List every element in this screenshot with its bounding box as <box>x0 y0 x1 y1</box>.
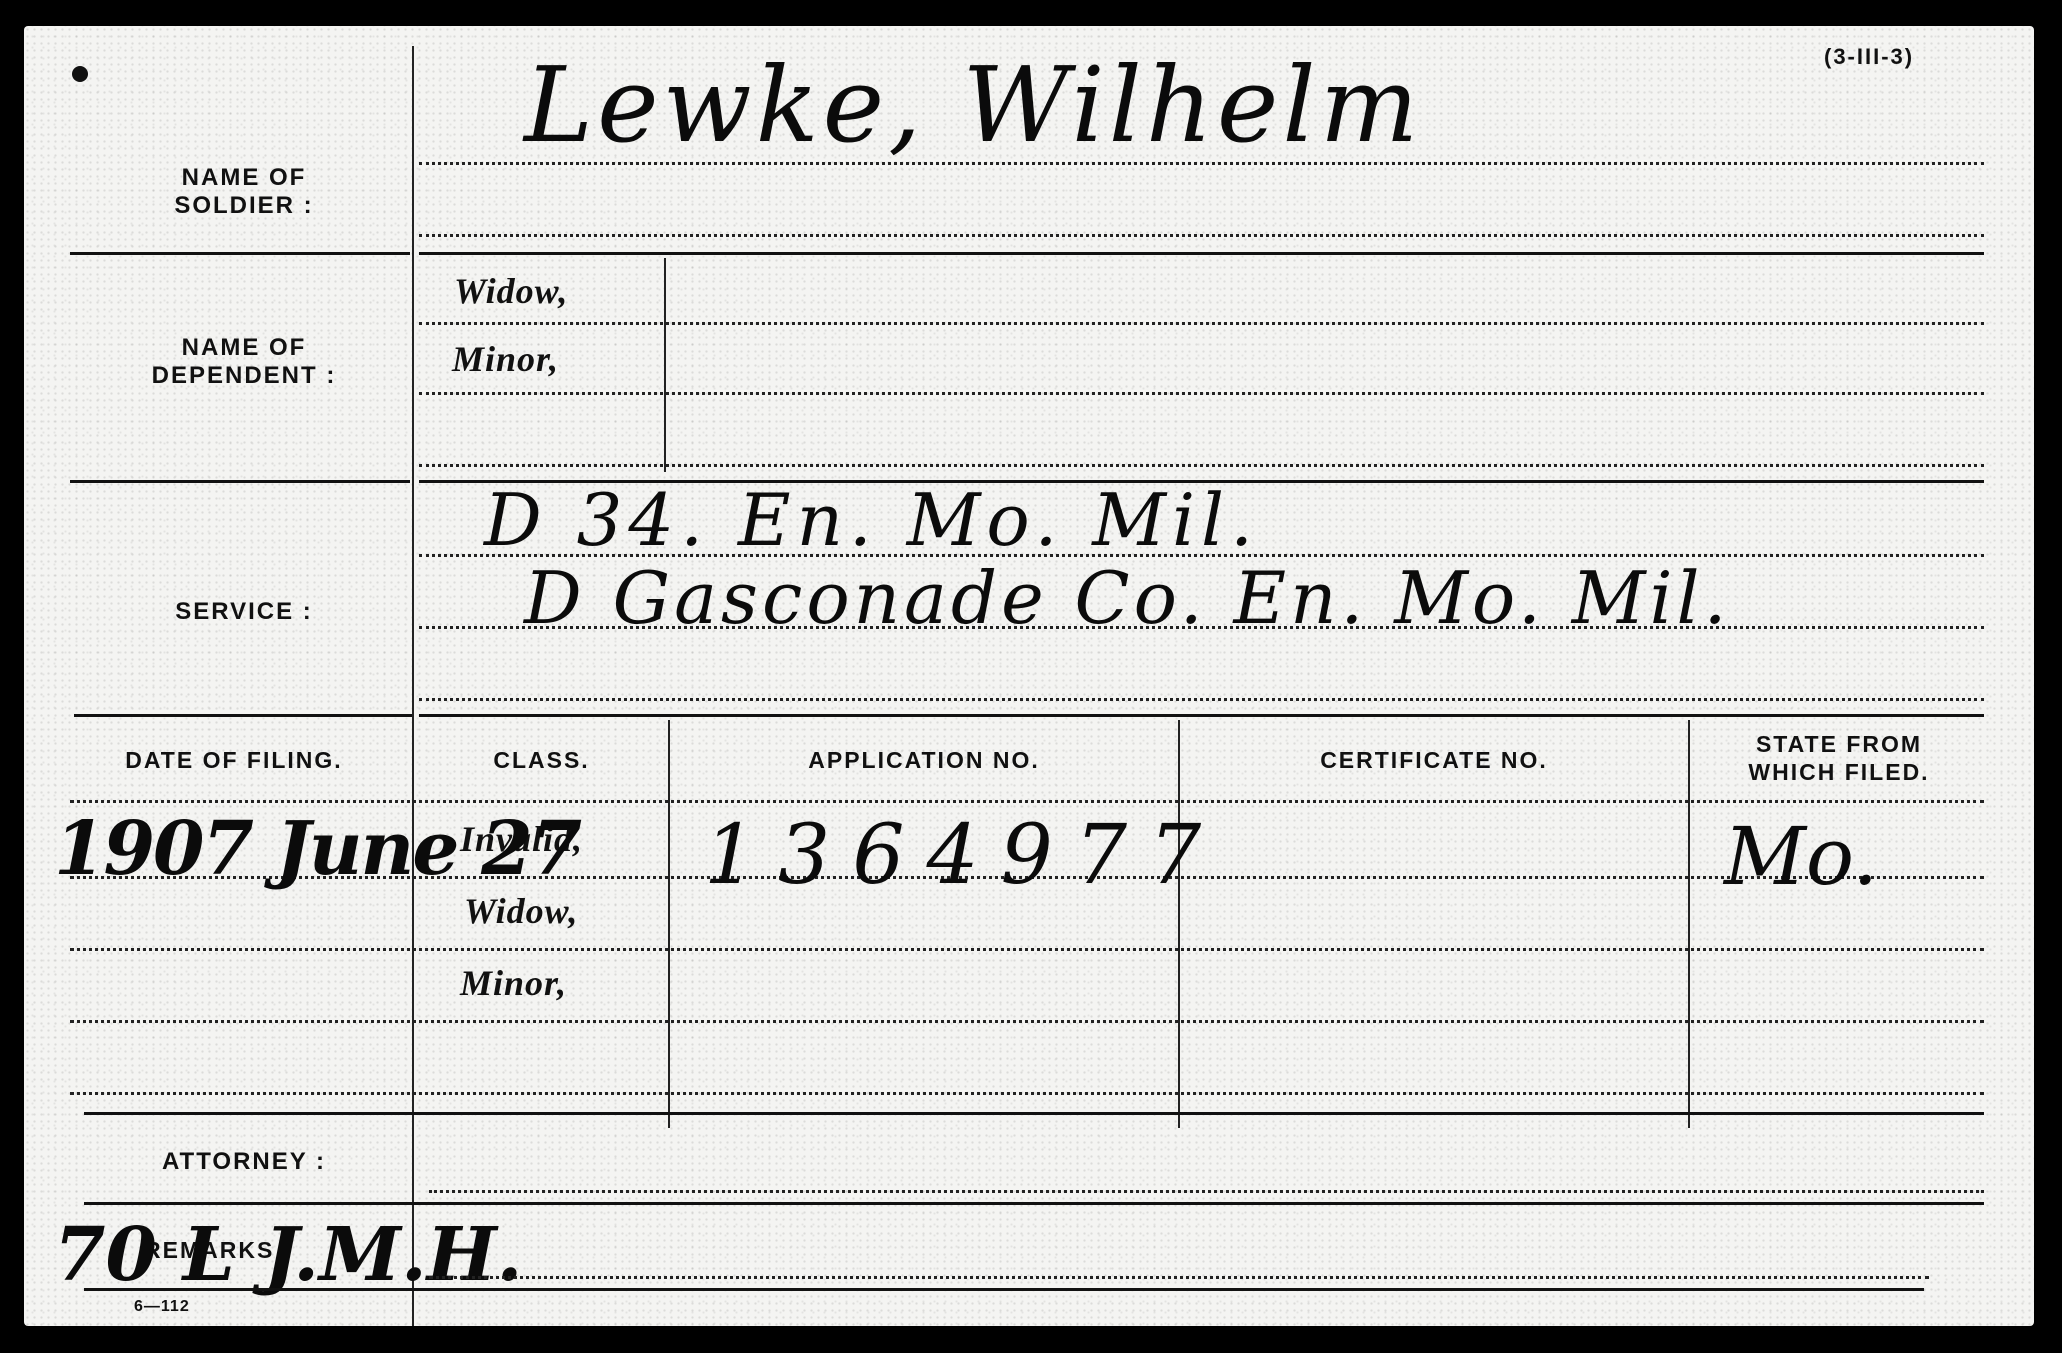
dependent-line <box>419 464 1984 467</box>
table-row-line <box>70 1092 1984 1095</box>
class-option-widow: Widow, <box>464 890 578 932</box>
form-code-top: (3-III-3) <box>1824 44 1914 70</box>
table-row-line <box>70 1020 1984 1023</box>
service-label: SERVICE : <box>84 598 404 626</box>
class-header: CLASS. <box>419 746 664 774</box>
divider <box>70 480 410 483</box>
soldier-name-line-2 <box>419 234 1984 237</box>
remarks-line <box>429 1276 1929 1279</box>
attorney-label: ATTORNEY : <box>84 1148 404 1176</box>
remarks-handwritten-left: 70 L <box>54 1212 235 1298</box>
table-row-line <box>70 948 1984 951</box>
state-header: STATE FROM WHICH FILED. <box>1694 730 1984 786</box>
table-row-line <box>70 800 1984 803</box>
divider <box>419 252 1984 255</box>
remarks-handwritten-right: J.M.H. <box>264 1212 522 1298</box>
application-no-header: APPLICATION NO. <box>674 746 1174 774</box>
service-line-2: D Gasconade Co. En. Mo. Mil. <box>524 556 1730 640</box>
application-no-value: 1364977 <box>704 808 1223 903</box>
divider <box>74 714 412 717</box>
divider <box>84 1202 1984 1205</box>
date-of-filing-value: 1907 June 27 <box>54 806 580 892</box>
date-of-filing-header: DATE OF FILING. <box>64 746 404 774</box>
pension-index-card: (3-III-3) NAME OF SOLDIER : Lewke, Wilhe… <box>24 26 2034 1326</box>
dependent-line <box>419 392 1984 395</box>
divider <box>84 1288 1924 1291</box>
dependent-line <box>419 322 1984 325</box>
form-code-bottom: 6—112 <box>134 1298 190 1316</box>
column-divider <box>1688 720 1690 1128</box>
divider <box>419 714 1984 717</box>
service-line <box>419 698 1984 701</box>
attorney-line <box>429 1190 1984 1193</box>
dependent-type-minor: Minor, <box>452 338 559 380</box>
name-of-dependent-label: NAME OF DEPENDENT : <box>84 334 404 390</box>
divider <box>84 1112 1984 1115</box>
column-divider <box>1178 720 1180 1128</box>
dependent-type-widow: Widow, <box>454 270 568 312</box>
punch-hole-icon <box>72 66 88 82</box>
column-divider <box>668 720 670 1128</box>
dependent-type-divider <box>664 258 666 472</box>
state-value: Mo. <box>1724 810 1878 903</box>
label-column-divider <box>412 46 414 1326</box>
certificate-no-header: CERTIFICATE NO. <box>1184 746 1684 774</box>
class-option-minor: Minor, <box>460 962 567 1004</box>
soldier-name-value: Lewke, Wilhelm <box>524 44 1422 166</box>
service-line-1: D 34. En. Mo. Mil. <box>484 478 1259 562</box>
name-of-soldier-label: NAME OF SOLDIER : <box>84 164 404 220</box>
divider <box>70 252 410 255</box>
